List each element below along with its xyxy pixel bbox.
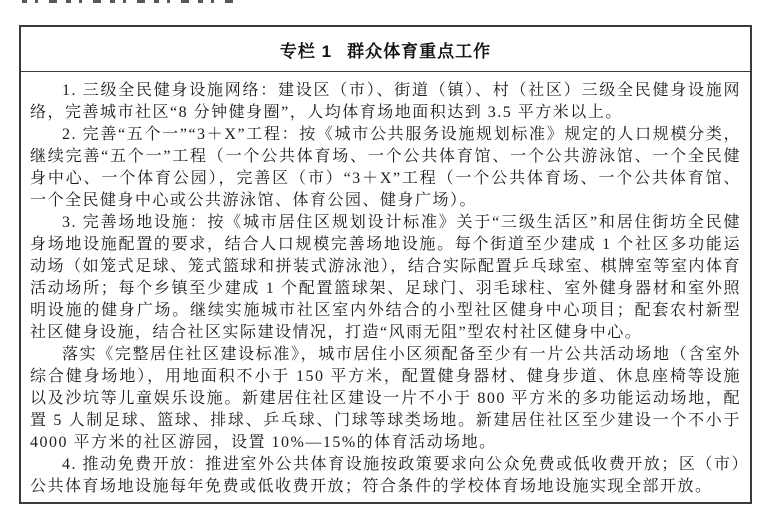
body-paragraph-2: 2. 完善“五个一”“3＋X”工程：按《城市公共服务设施规划标准》规定的人口规模… xyxy=(30,124,741,212)
column-title-label: 专栏 1 xyxy=(280,37,332,62)
clipped-previous-line-fragment xyxy=(22,0,234,3)
column-title: 专栏 1 群众体育重点工作 xyxy=(21,27,750,72)
body-paragraph-1: 1. 三级全民健身设施网络：建设区（市）、街道（镇）、村（社区）三级全民健身设施… xyxy=(30,80,741,124)
column-1-box: 专栏 1 群众体育重点工作 1. 三级全民健身设施网络：建设区（市）、街道（镇）… xyxy=(19,25,752,504)
column-body: 1. 三级全民健身设施网络：建设区（市）、街道（镇）、村（社区）三级全民健身设施… xyxy=(21,72,750,498)
body-paragraph-4: 落实《完整居住社区建设标准》，城市居住小区须配备至少有一片公共活动场地（含室外综… xyxy=(30,344,741,454)
body-paragraph-5: 4. 推动免费开放：推进室外公共体育设施按政策要求向公众免费或低收费开放；区（市… xyxy=(30,454,741,498)
body-paragraph-3: 3. 完善场地设施：按《城市居住区规划设计标准》关于“三级生活区”和居住街坊全民… xyxy=(30,212,741,344)
column-title-text: 群众体育重点工作 xyxy=(347,37,491,62)
